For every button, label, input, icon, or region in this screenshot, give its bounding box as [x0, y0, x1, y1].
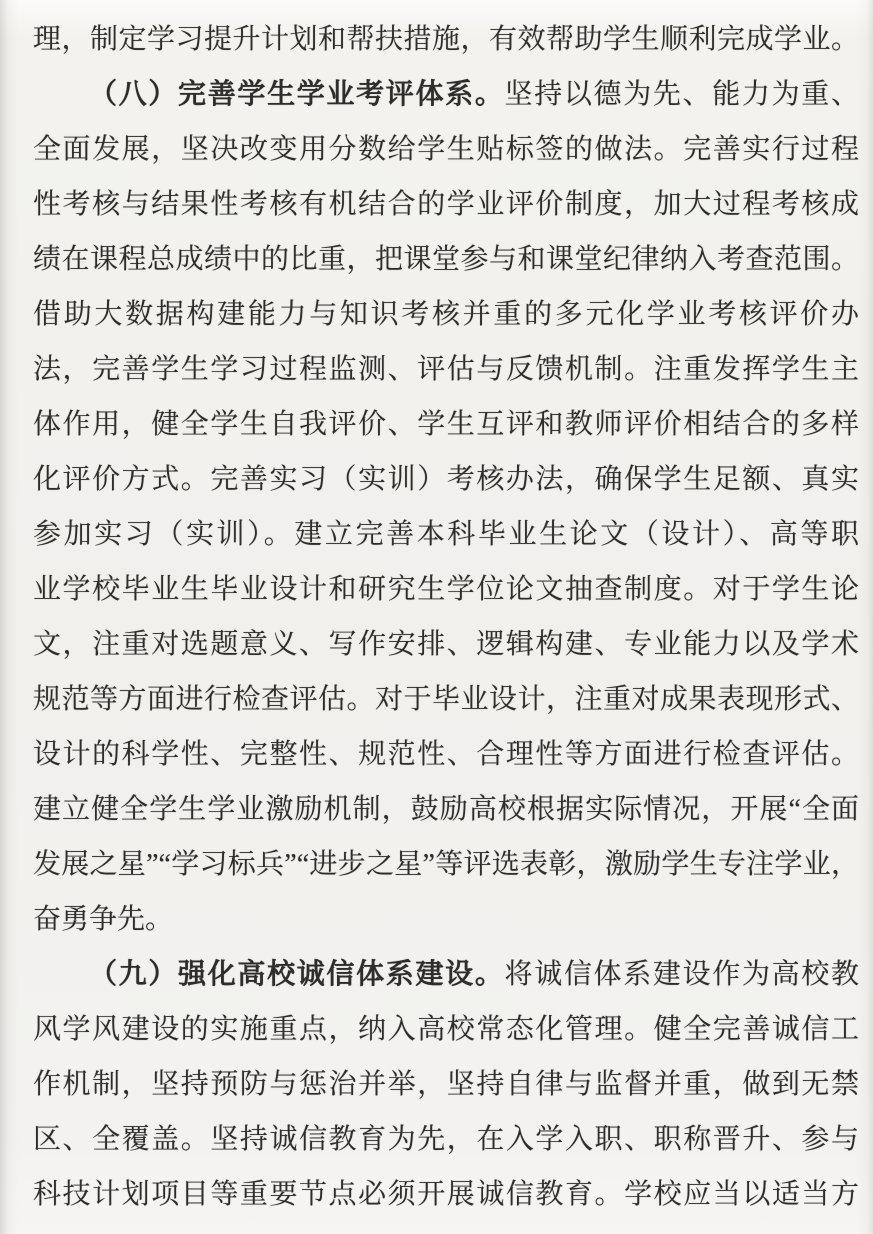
line-text: 规范等方面进行检查评估。对于毕业设计，注重对成果表现形式、: [33, 684, 859, 715]
text-line: 作机制，坚持预防与惩治并举，坚持自律与监督并重，做到无禁: [33, 1057, 859, 1112]
text-line: 性考核与结果性考核有机结合的学业评价制度，加大过程考核成: [33, 177, 859, 232]
line-text: 风学风建设的实施重点，纳入高校常态化管理。健全完善诚信工: [33, 1014, 859, 1045]
line-text: 体作用，健全学生自我评价、学生互评和教师评价相结合的多样: [33, 409, 859, 440]
line-text: 将诚信体系建设作为高校教: [505, 959, 859, 990]
line-text: 作机制，坚持预防与惩治并举，坚持自律与监督并重，做到无禁: [33, 1069, 859, 1100]
line-text: 法，完善学生学习过程监测、评估与反馈机制。注重发挥学生主: [33, 354, 859, 385]
document-text-block: 理，制定学习提升计划和帮扶措施，有效帮助学生顺利完成学业。 （八）完善学生学业考…: [33, 12, 859, 1222]
text-line: 风学风建设的实施重点，纳入高校常态化管理。健全完善诚信工: [33, 1002, 859, 1057]
line-text: 业学校毕业生毕业设计和研究生学位论文抽查制度。对于学生论: [33, 574, 859, 605]
text-line: 体作用，健全学生自我评价、学生互评和教师评价相结合的多样: [33, 397, 859, 452]
text-line: 借助大数据构建能力与知识考核并重的多元化学业考核评价办: [33, 287, 859, 342]
text-line: 全面发展，坚决改变用分数给学生贴标签的做法。完善实行过程: [33, 122, 859, 177]
text-line: 理，制定学习提升计划和帮扶措施，有效帮助学生顺利完成学业。: [33, 12, 859, 67]
text-line: 绩在课程总成绩中的比重，把课堂参与和课堂纪律纳入考查范围。: [33, 232, 859, 287]
text-line: 法，完善学生学习过程监测、评估与反馈机制。注重发挥学生主: [33, 342, 859, 397]
text-line: 区、全覆盖。坚持诚信教育为先，在入学入职、职称晋升、参与: [33, 1112, 859, 1167]
line-text: 奋勇争先。: [33, 904, 173, 935]
text-line: 文，注重对选题意义、写作安排、逻辑构建、专业能力以及学术: [33, 617, 859, 672]
line-text: 科技计划项目等重要节点必须开展诚信教育。学校应当以适当方: [33, 1179, 859, 1210]
line-text: 借助大数据构建能力与知识考核并重的多元化学业考核评价办: [33, 299, 859, 330]
line-text: 设计的科学性、完整性、规范性、合理性等方面进行检查评估。: [33, 739, 859, 770]
line-text: 参加实习（实训）。建立完善本科毕业生论文（设计）、高等职: [33, 519, 859, 550]
line-text: 建立健全学生学业激励机制，鼓励高校根据实际情况，开展“全面: [33, 794, 859, 825]
section-heading-text: （九）强化高校诚信体系建设。: [89, 959, 505, 990]
text-line: 参加实习（实训）。建立完善本科毕业生论文（设计）、高等职: [33, 507, 859, 562]
line-text: 文，注重对选题意义、写作安排、逻辑构建、专业能力以及学术: [33, 629, 859, 660]
line-text: 理，制定学习提升计划和帮扶措施，有效帮助学生顺利完成学业。: [33, 24, 859, 55]
paragraph-last-line: 奋勇争先。: [33, 892, 859, 947]
text-line: 建立健全学生学业激励机制，鼓励高校根据实际情况，开展“全面: [33, 782, 859, 837]
line-text: 区、全覆盖。坚持诚信教育为先，在入学入职、职称晋升、参与: [33, 1124, 859, 1155]
line-text: 全面发展，坚决改变用分数给学生贴标签的做法。完善实行过程: [33, 134, 859, 165]
document-page: 理，制定学习提升计划和帮扶措施，有效帮助学生顺利完成学业。 （八）完善学生学业考…: [0, 0, 873, 1234]
line-text: 绩在课程总成绩中的比重，把课堂参与和课堂纪律纳入考查范围。: [33, 244, 859, 275]
section-heading-text: （八）完善学生学业考评体系。: [89, 79, 505, 110]
section-heading-line-8: （八）完善学生学业考评体系。坚持以德为先、能力为重、: [33, 67, 859, 122]
line-text: 性考核与结果性考核有机结合的学业评价制度，加大过程考核成: [33, 189, 859, 220]
text-line: 设计的科学性、完整性、规范性、合理性等方面进行检查评估。: [33, 727, 859, 782]
line-text: 发展之星”“学习标兵”“进步之星”等评选表彰，激励学生专注学业，: [33, 849, 859, 880]
text-line: 科技计划项目等重要节点必须开展诚信教育。学校应当以适当方: [33, 1167, 859, 1222]
text-line: 规范等方面进行检查评估。对于毕业设计，注重对成果表现形式、: [33, 672, 859, 727]
line-text: 化评价方式。完善实习（实训）考核办法，确保学生足额、真实: [33, 464, 859, 495]
text-line: 发展之星”“学习标兵”“进步之星”等评选表彰，激励学生专注学业，: [33, 837, 859, 892]
text-line: 化评价方式。完善实习（实训）考核办法，确保学生足额、真实: [33, 452, 859, 507]
section-heading-line-9: （九）强化高校诚信体系建设。将诚信体系建设作为高校教: [33, 947, 859, 1002]
line-text: 坚持以德为先、能力为重、: [505, 79, 859, 110]
text-line: 业学校毕业生毕业设计和研究生学位论文抽查制度。对于学生论: [33, 562, 859, 617]
